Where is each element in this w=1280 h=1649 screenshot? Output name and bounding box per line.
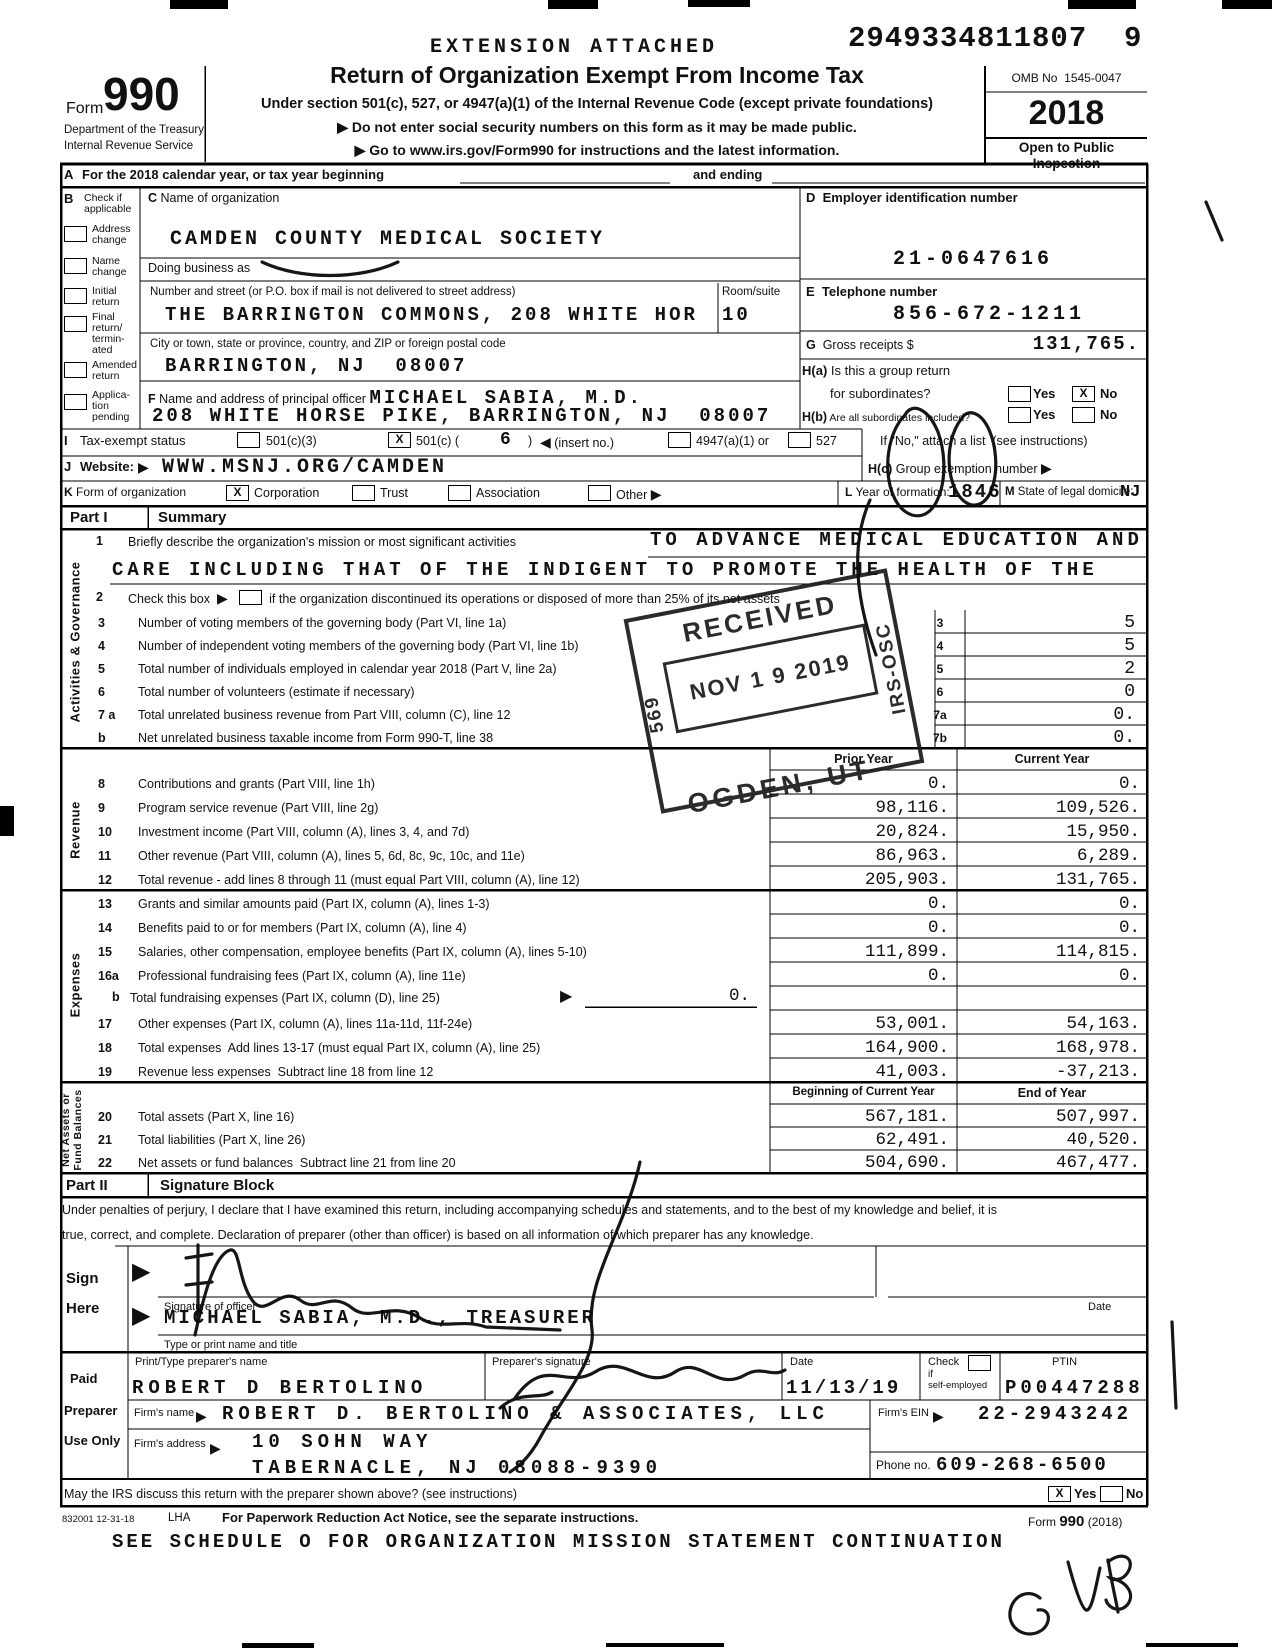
right-arrow-icon: ▶	[337, 119, 348, 135]
prior-year-value[interactable]: 53,001.	[770, 1014, 957, 1034]
line-value[interactable]: 0	[955, 682, 1145, 702]
summary-amount-row: 13 Grants and similar amounts paid (Part…	[88, 890, 1148, 914]
other-checkbox[interactable]	[588, 485, 611, 501]
line16b-value[interactable]: 0.	[585, 986, 750, 1006]
org-name-value[interactable]: CAMDEN COUNTY MEDICAL SOCIETY	[170, 228, 605, 251]
prior-year-value[interactable]: 0.	[770, 918, 957, 938]
line-label: Net assets or fund balances Subtract lin…	[138, 1156, 770, 1173]
line-label: Total expenses Add lines 13-17 (must equ…	[138, 1041, 770, 1058]
application-pending-checkbox[interactable]	[64, 394, 87, 410]
address-change-checkbox[interactable]	[64, 226, 87, 242]
hc-line: H(c) Group exemption number ▶	[868, 460, 1052, 476]
current-year-value[interactable]: 0.	[957, 894, 1148, 914]
summary-count-row: b Net unrelated business taxable income …	[88, 725, 1145, 748]
officer-name-title-value[interactable]: MICHAEL SABIA, M.D., TREASURER	[164, 1308, 596, 1330]
line16b-number: b	[112, 990, 120, 1004]
here-label: Here	[66, 1300, 99, 1317]
footer-form-word: Form	[1028, 1515, 1056, 1529]
discuss-no-label: No	[1126, 1487, 1143, 1502]
line-number: 6	[88, 685, 138, 702]
org-name-label: C Name of organization	[148, 191, 279, 205]
current-year-value[interactable]: 114,815.	[957, 942, 1148, 962]
preparer-phone-value[interactable]: 609-268-6500	[936, 1455, 1109, 1477]
line-number: 7 a	[88, 708, 138, 725]
legal-domicile-value[interactable]: NJ	[1120, 483, 1140, 503]
prior-year-value[interactable]: 20,824.	[770, 822, 957, 842]
line-number: 14	[88, 921, 138, 938]
insert-no-note: ◀ (insert no.)	[540, 434, 614, 450]
line16b-label: Total fundraising expenses (Part IX, col…	[130, 991, 440, 1005]
extension-attached-note: EXTENSION ATTACHED	[430, 36, 718, 59]
firm-name-value[interactable]: ROBERT D. BERTOLINO & ASSOCIATES, LLC	[222, 1404, 829, 1426]
tax-exempt-status-label: Tax-exempt status	[80, 434, 186, 449]
4947-label: 4947(a)(1) or	[696, 434, 769, 448]
firm-address-line2[interactable]: TABERNACLE, NJ 08088-9390	[252, 1458, 662, 1480]
line-label: Total revenue - add lines 8 through 11 (…	[138, 873, 770, 890]
paid-label: Paid	[70, 1372, 97, 1387]
line-number: 3	[88, 616, 138, 633]
prior-year-value[interactable]: 111,899.	[770, 942, 957, 962]
governance-rows: 3 Number of voting members of the govern…	[88, 610, 1145, 748]
501c-close: )	[528, 434, 532, 448]
end-of-year-header: End of Year	[957, 1086, 1147, 1100]
line2-text: Check this box ▶ if the organization dis…	[128, 590, 780, 606]
phone-label: E Telephone number	[806, 285, 937, 300]
city-value[interactable]: BARRINGTON, NJ 08007	[165, 356, 467, 378]
hb-yes-label: Yes	[1033, 408, 1055, 423]
f-text: Name and address of principal officer	[159, 392, 366, 406]
lha-label: LHA	[168, 1512, 190, 1525]
self-employed-label: self-employed	[928, 1381, 987, 1392]
line-number: 5	[88, 662, 138, 679]
summary-amount-row: 10 Investment income (Part VIII, column …	[88, 818, 1148, 842]
right-arrow-icon: ▶	[210, 1440, 221, 1456]
right-arrow-icon: ▶	[560, 988, 572, 1006]
open-to-public-label: Open to Public Inspection	[988, 140, 1145, 171]
stamp-left-number: 569	[641, 693, 670, 734]
form-number: 990	[103, 68, 180, 121]
right-arrow-icon: ▶	[1041, 460, 1052, 476]
prior-year-value[interactable]: 504,690.	[770, 1153, 957, 1173]
form-990-page: EXTENSION ATTACHED 2949334811807 9 Form …	[0, 0, 1280, 1649]
line-j-letter: J	[64, 460, 71, 475]
mission-label: Briefly describe the organization's miss…	[128, 535, 516, 549]
hc-text: Group exemption number	[896, 462, 1038, 476]
mission-value-line1[interactable]: TO ADVANCE MEDICAL EDUCATION AND	[650, 530, 1143, 552]
tax-year: 2018	[988, 94, 1145, 133]
no-ssn-text: Do not enter social security numbers on …	[352, 119, 857, 135]
right-arrow-icon: ▶	[933, 1408, 944, 1424]
no-ssn-instruction: ▶ Do not enter social security numbers o…	[212, 119, 982, 135]
self-employed-checkbox[interactable]	[968, 1355, 991, 1371]
current-year-value[interactable]: 131,765.	[957, 870, 1148, 890]
right-arrow-icon: ▶	[217, 590, 228, 606]
line2-pre: Check this box	[128, 592, 210, 606]
prior-year-value[interactable]: 98,116.	[770, 798, 957, 818]
trust-checkbox[interactable]	[352, 485, 375, 501]
sign-label: Sign	[66, 1270, 99, 1287]
paperwork-notice: For Paperwork Reduction Act Notice, see …	[222, 1511, 638, 1526]
amended-return-checkbox[interactable]	[64, 362, 87, 378]
g-text: Gross receipts $	[823, 338, 914, 352]
current-year-value[interactable]: 0.	[957, 774, 1148, 794]
ptin-value[interactable]: P00447288	[1005, 1378, 1144, 1400]
hb-note: If "No," attach a list (see instructions…	[880, 434, 1088, 448]
line-number: 20	[88, 1110, 138, 1127]
preparer-signature-label: Preparer's signature	[492, 1356, 591, 1369]
current-year-header: Current Year	[957, 752, 1147, 766]
line-box-number: 5	[925, 662, 955, 679]
line-value[interactable]: 0.	[955, 705, 1145, 725]
phone-value[interactable]: 856-672-1211	[893, 303, 1085, 326]
line-box-number: 6	[925, 685, 955, 702]
discontinued-checkbox[interactable]	[239, 590, 262, 605]
corporation-label: Corporation	[254, 486, 319, 500]
prior-year-value[interactable]: 567,181.	[770, 1107, 957, 1127]
line-number: 19	[88, 1065, 138, 1082]
ha-no-checkbox[interactable]: X	[1072, 386, 1095, 402]
summary-count-row: 4 Number of independent voting members o…	[88, 633, 1145, 656]
summary-count-row: 7 a Total unrelated business revenue fro…	[88, 702, 1145, 725]
irs-discuss-question: May the IRS discuss this return with the…	[64, 1487, 517, 1501]
sidebar-revenue-label: Revenue	[68, 801, 83, 859]
right-arrow-icon: ▶	[132, 1258, 150, 1286]
line-box-number: 4	[925, 639, 955, 656]
beginning-of-year-header: Beginning of Current Year	[770, 1086, 957, 1098]
street-label: Number and street (or P.O. box if mail i…	[150, 286, 515, 299]
mission-value-line2[interactable]: CARE INCLUDING THAT OF THE INDIGENT TO P…	[112, 560, 1098, 582]
footer-form-year: (2018)	[1088, 1515, 1123, 1529]
left-arrow-icon: ◀	[540, 434, 551, 450]
g-letter: G	[806, 338, 816, 352]
ein-value[interactable]: 21-0647616	[893, 248, 1053, 271]
year-of-formation-value[interactable]: 1846	[948, 482, 1002, 504]
line-a-text: For the 2018 calendar year, or tax year …	[82, 168, 384, 183]
dba-label: Doing business as	[148, 261, 250, 275]
k-letter: K	[64, 485, 73, 499]
right-arrow-icon: ▶	[196, 1408, 207, 1424]
501c-checkbox[interactable]: X	[388, 432, 411, 448]
line-label: Total assets (Part X, line 16)	[138, 1110, 770, 1127]
summary-count-row: 5 Total number of individuals employed i…	[88, 656, 1145, 679]
line-a-ending: and ending	[693, 168, 762, 183]
501c3-checkbox[interactable]	[237, 432, 260, 448]
line-label: Salaries, other compensation, employee b…	[138, 945, 770, 962]
current-year-value[interactable]: 467,477.	[957, 1153, 1148, 1173]
footer-form-line: Form 990 (2018)	[1028, 1513, 1122, 1530]
final-return-checkbox[interactable]	[64, 316, 87, 332]
summary-amount-row: 20 Total assets (Part X, line 16) 567,18…	[88, 1104, 1148, 1127]
discuss-no-checkbox[interactable]	[1100, 1486, 1123, 1502]
summary-amount-row: 14 Benefits paid to or for members (Part…	[88, 914, 1148, 938]
sidebar-net-assets-label: Net Assets or Fund Balances	[60, 1089, 84, 1170]
right-arrow-icon: ▶	[138, 459, 149, 475]
section-b-letter: B	[64, 192, 73, 207]
summary-amount-row: 16a Professional fundraising fees (Part …	[88, 962, 1148, 986]
go-to-text: Go to www.irs.gov/Form990 for instructio…	[369, 142, 839, 158]
form-code: 832001 12-31-18	[62, 1515, 134, 1526]
hb-yes-checkbox[interactable]	[1008, 407, 1031, 423]
summary-amount-row: 22 Net assets or fund balances Subtract …	[88, 1150, 1148, 1173]
city-label: City or town, state or province, country…	[150, 338, 506, 351]
discuss-yes-checkbox[interactable]: X	[1048, 1486, 1071, 1502]
omb-number: OMB No 1545-0047	[988, 72, 1145, 86]
summary-amount-row: 9 Program service revenue (Part VIII, li…	[88, 794, 1148, 818]
line-number: 9	[88, 801, 138, 818]
current-year-value[interactable]: -37,213.	[957, 1062, 1148, 1082]
expense-rows-2: 17 Other expenses (Part IX, column (A), …	[88, 1010, 1148, 1082]
line-k: K Form of organization	[64, 486, 186, 500]
c-letter: C	[148, 191, 157, 205]
insert-number-value[interactable]: 6	[500, 430, 511, 451]
hb-no-checkbox[interactable]	[1072, 407, 1095, 423]
preparer-name-value[interactable]: ROBERT D BERTOLINO	[132, 1378, 427, 1400]
prior-year-value[interactable]: 62,491.	[770, 1130, 957, 1150]
go-to-instruction: ▶ Go to www.irs.gov/Form990 for instruct…	[212, 142, 982, 158]
current-year-value[interactable]: 40,520.	[957, 1130, 1148, 1150]
line-number: b	[88, 731, 138, 748]
l-letter: L	[845, 485, 852, 499]
summary-amount-row: 8 Contributions and grants (Part VIII, l…	[88, 770, 1148, 794]
line-box-number: 7b	[925, 731, 955, 748]
preparer-name-label: Print/Type preparer's name	[135, 1356, 267, 1369]
line-number: 12	[88, 873, 138, 890]
line-label: Other revenue (Part VIII, column (A), li…	[138, 849, 770, 866]
use-only-label: Use Only	[64, 1434, 120, 1449]
current-year-value[interactable]: 0.	[957, 966, 1148, 986]
e-text: Telephone number	[822, 284, 937, 299]
current-year-value[interactable]: 15,950.	[957, 822, 1148, 842]
preparer-date-value[interactable]: 11/13/19	[786, 1378, 901, 1400]
room-suite-value[interactable]: 10	[722, 305, 751, 327]
line1-number: 1	[96, 534, 103, 548]
type-print-label: Type or print name and title	[164, 1339, 297, 1352]
current-year-value[interactable]: 168,978.	[957, 1038, 1148, 1058]
initial-return-label: Initial return	[92, 286, 119, 308]
line-number: 11	[88, 849, 138, 866]
ha-no-label: No	[1100, 387, 1117, 402]
current-year-value[interactable]: 109,526.	[957, 798, 1148, 818]
ptin-label: PTIN	[1052, 1356, 1077, 1369]
ha-letter: H(a)	[802, 363, 827, 378]
current-year-value[interactable]: 54,163.	[957, 1014, 1148, 1034]
preparer-date-label: Date	[790, 1356, 813, 1369]
form-title: Return of Organization Exempt From Incom…	[212, 62, 982, 88]
final-return-label: Final return/ termin- ated	[92, 312, 125, 356]
line-label: Professional fundraising fees (Part IX, …	[138, 969, 770, 986]
summary-amount-row: 11 Other revenue (Part VIII, column (A),…	[88, 842, 1148, 866]
prior-year-value[interactable]: 86,963.	[770, 846, 957, 866]
line-box-number: 3	[925, 616, 955, 633]
line2-number: 2	[96, 590, 103, 604]
ha-line1: H(a) Is this a group return	[802, 364, 950, 379]
line-number: 13	[88, 897, 138, 914]
ha-text2: for subordinates?	[830, 387, 930, 402]
dln-number: 2949334811807 9	[848, 22, 1142, 55]
527-label: 527	[816, 434, 837, 448]
part1-label: Part I	[70, 509, 108, 526]
right-arrow-icon: ▶	[355, 142, 366, 158]
summary-count-row: 3 Number of voting members of the govern…	[88, 610, 1145, 633]
phone-no-label: Phone no.	[876, 1459, 931, 1473]
e-letter: E	[806, 284, 815, 299]
schedule-o-note: SEE SCHEDULE O FOR ORGANIZATION MISSION …	[112, 1532, 1005, 1554]
hc-letter: H(c)	[868, 462, 892, 476]
line-number: 22	[88, 1156, 138, 1173]
current-year-value[interactable]: 6,289.	[957, 846, 1148, 866]
prior-year-value[interactable]: 0.	[770, 966, 957, 986]
line-label: Grants and similar amounts paid (Part IX…	[138, 897, 770, 914]
part1-title: Summary	[158, 509, 226, 526]
line-number: 21	[88, 1133, 138, 1150]
firm-ein-label: Firm's EIN	[878, 1407, 929, 1420]
line-number: 10	[88, 825, 138, 842]
m-letter: M	[1005, 486, 1015, 498]
right-arrow-icon: ▶	[651, 486, 662, 502]
527-checkbox[interactable]	[788, 432, 811, 448]
ha-yes-checkbox[interactable]	[1008, 386, 1031, 402]
line-number: 15	[88, 945, 138, 962]
sidebar-activities-governance-label: Activities & Governance	[68, 561, 83, 722]
irs-label: Internal Revenue Service	[64, 140, 193, 153]
501c3-label: 501(c)(3)	[266, 434, 317, 448]
4947-checkbox[interactable]	[668, 432, 691, 448]
corporation-checkbox[interactable]: X	[226, 485, 249, 501]
line-number: 17	[88, 1017, 138, 1034]
line-label: Total liabilities (Part X, line 26)	[138, 1133, 770, 1150]
room-suite-label: Room/suite	[722, 286, 780, 299]
ha-text1: Is this a group return	[831, 363, 950, 378]
line-number: 18	[88, 1041, 138, 1058]
legal-domicile-label: M State of legal domicile:	[1005, 486, 1134, 499]
line-label: Other expenses (Part IX, column (A), lin…	[138, 1017, 770, 1034]
c-text: Name of organization	[161, 191, 280, 205]
perjury-line2: true, correct, and complete. Declaration…	[62, 1228, 814, 1242]
ein-label: D Employer identification number	[806, 191, 1018, 206]
line-value[interactable]: 0.	[955, 728, 1145, 748]
firm-address-line1[interactable]: 10 SOHN WAY	[252, 1432, 432, 1454]
k-text: Form of organization	[76, 485, 186, 499]
website-value[interactable]: WWW.MSNJ.ORG/CAMDEN	[162, 456, 447, 479]
firm-ein-value[interactable]: 22-2943242	[978, 1404, 1132, 1426]
name-change-checkbox[interactable]	[64, 258, 87, 274]
m-text: State of legal domicile:	[1018, 486, 1134, 498]
summary-amount-row: 17 Other expenses (Part IX, column (A), …	[88, 1010, 1148, 1034]
prior-year-value[interactable]: 205,903.	[770, 870, 957, 890]
perjury-line1: Under penalties of perjury, I declare th…	[62, 1203, 997, 1217]
d-letter: D	[806, 190, 815, 205]
line-a-letter: A	[64, 168, 73, 183]
if-label: if	[928, 1369, 933, 1381]
website-label: Website:	[80, 460, 134, 475]
sign-date-label: Date	[1088, 1301, 1111, 1314]
dept-treasury-label: Department of the Treasury	[64, 124, 204, 137]
initial-return-checkbox[interactable]	[64, 288, 87, 304]
hb-line: H(b) Are all subordinates included?	[802, 410, 970, 424]
firm-name-label: Firm's name	[134, 1407, 194, 1420]
officer-address-value[interactable]: 208 WHITE HORSE PIKE, BARRINGTON, NJ 080…	[152, 406, 771, 428]
revenue-rows: 8 Contributions and grants (Part VIII, l…	[88, 770, 1148, 890]
line-value[interactable]: 5	[955, 636, 1145, 656]
applicable-label: applicable	[84, 204, 131, 215]
footer-form-number: 990	[1059, 1513, 1084, 1530]
preparer-label: Preparer	[64, 1404, 117, 1419]
firm-address-label: Firm's address	[134, 1438, 206, 1451]
line-label: Investment income (Part VIII, column (A)…	[138, 825, 770, 842]
sidebar-expenses-label: Expenses	[68, 953, 83, 1018]
prior-year-value[interactable]: 164,900.	[770, 1038, 957, 1058]
line-label: Benefits paid to or for members (Part IX…	[138, 921, 770, 938]
check-label: Check	[928, 1356, 959, 1369]
line-i-letter: I	[64, 434, 68, 449]
line-number: 8	[88, 777, 138, 794]
summary-amount-row: 12 Total revenue - add lines 8 through 1…	[88, 866, 1148, 890]
line-value[interactable]: 5	[955, 613, 1145, 633]
ha-yes-label: Yes	[1033, 387, 1055, 402]
expense-rows: 13 Grants and similar amounts paid (Part…	[88, 890, 1148, 986]
501c-label: 501(c) (	[416, 434, 459, 448]
discuss-yes-label: Yes	[1074, 1487, 1096, 1502]
summary-amount-row: 19 Revenue less expenses Subtract line 1…	[88, 1058, 1148, 1082]
insert-no-text: (insert no.)	[554, 436, 614, 450]
current-year-value[interactable]: 507,997.	[957, 1107, 1148, 1127]
summary-amount-row: 21 Total liabilities (Part X, line 26) 6…	[88, 1127, 1148, 1150]
line-value[interactable]: 2	[955, 659, 1145, 679]
hb-text: Are all subordinates included?	[829, 412, 970, 424]
line-number: 4	[88, 639, 138, 656]
f-letter: F	[148, 392, 156, 406]
street-value[interactable]: THE BARRINGTON COMMONS, 208 WHITE HOR	[165, 305, 698, 327]
prior-year-value[interactable]: 41,003.	[770, 1062, 957, 1082]
association-checkbox[interactable]	[448, 485, 471, 501]
l-text: Year of formation:	[855, 485, 949, 499]
right-arrow-icon: ▶	[132, 1302, 150, 1330]
amended-return-label: Amended return	[92, 360, 137, 382]
d-text: Employer identification number	[823, 190, 1018, 205]
application-pending-label: Applica- tion pending	[92, 390, 130, 423]
net-asset-rows: 20 Total assets (Part X, line 16) 567,18…	[88, 1104, 1148, 1173]
other-text: Other	[616, 488, 647, 502]
address-change-label: Address change	[92, 224, 131, 246]
gross-receipts-label: G Gross receipts $	[806, 338, 914, 352]
summary-amount-row: 15 Salaries, other compensation, employe…	[88, 938, 1148, 962]
hb-no-label: No	[1100, 408, 1117, 423]
summary-count-row: 6 Total number of volunteers (estimate i…	[88, 679, 1145, 702]
line-label: Revenue less expenses Subtract line 18 f…	[138, 1065, 770, 1082]
trust-label: Trust	[380, 486, 408, 500]
summary-amount-row: 18 Total expenses Add lines 13-17 (must …	[88, 1034, 1148, 1058]
line-box-number: 7a	[925, 708, 955, 725]
prior-year-value[interactable]: 0.	[770, 894, 957, 914]
part2-label: Part II	[66, 1177, 108, 1194]
name-change-label: Name change	[92, 256, 126, 278]
current-year-value[interactable]: 0.	[957, 918, 1148, 938]
form-subtitle: Under section 501(c), 527, or 4947(a)(1)…	[212, 96, 982, 113]
part2-title: Signature Block	[160, 1177, 274, 1194]
form-word: Form	[66, 100, 103, 118]
hb-letter: H(b)	[802, 410, 827, 424]
other-label: Other ▶	[616, 486, 662, 502]
year-of-formation-label: L Year of formation:	[845, 486, 950, 500]
gross-receipts-value[interactable]: 131,765.	[950, 334, 1140, 356]
association-label: Association	[476, 486, 540, 500]
line-number: 16a	[88, 969, 138, 986]
